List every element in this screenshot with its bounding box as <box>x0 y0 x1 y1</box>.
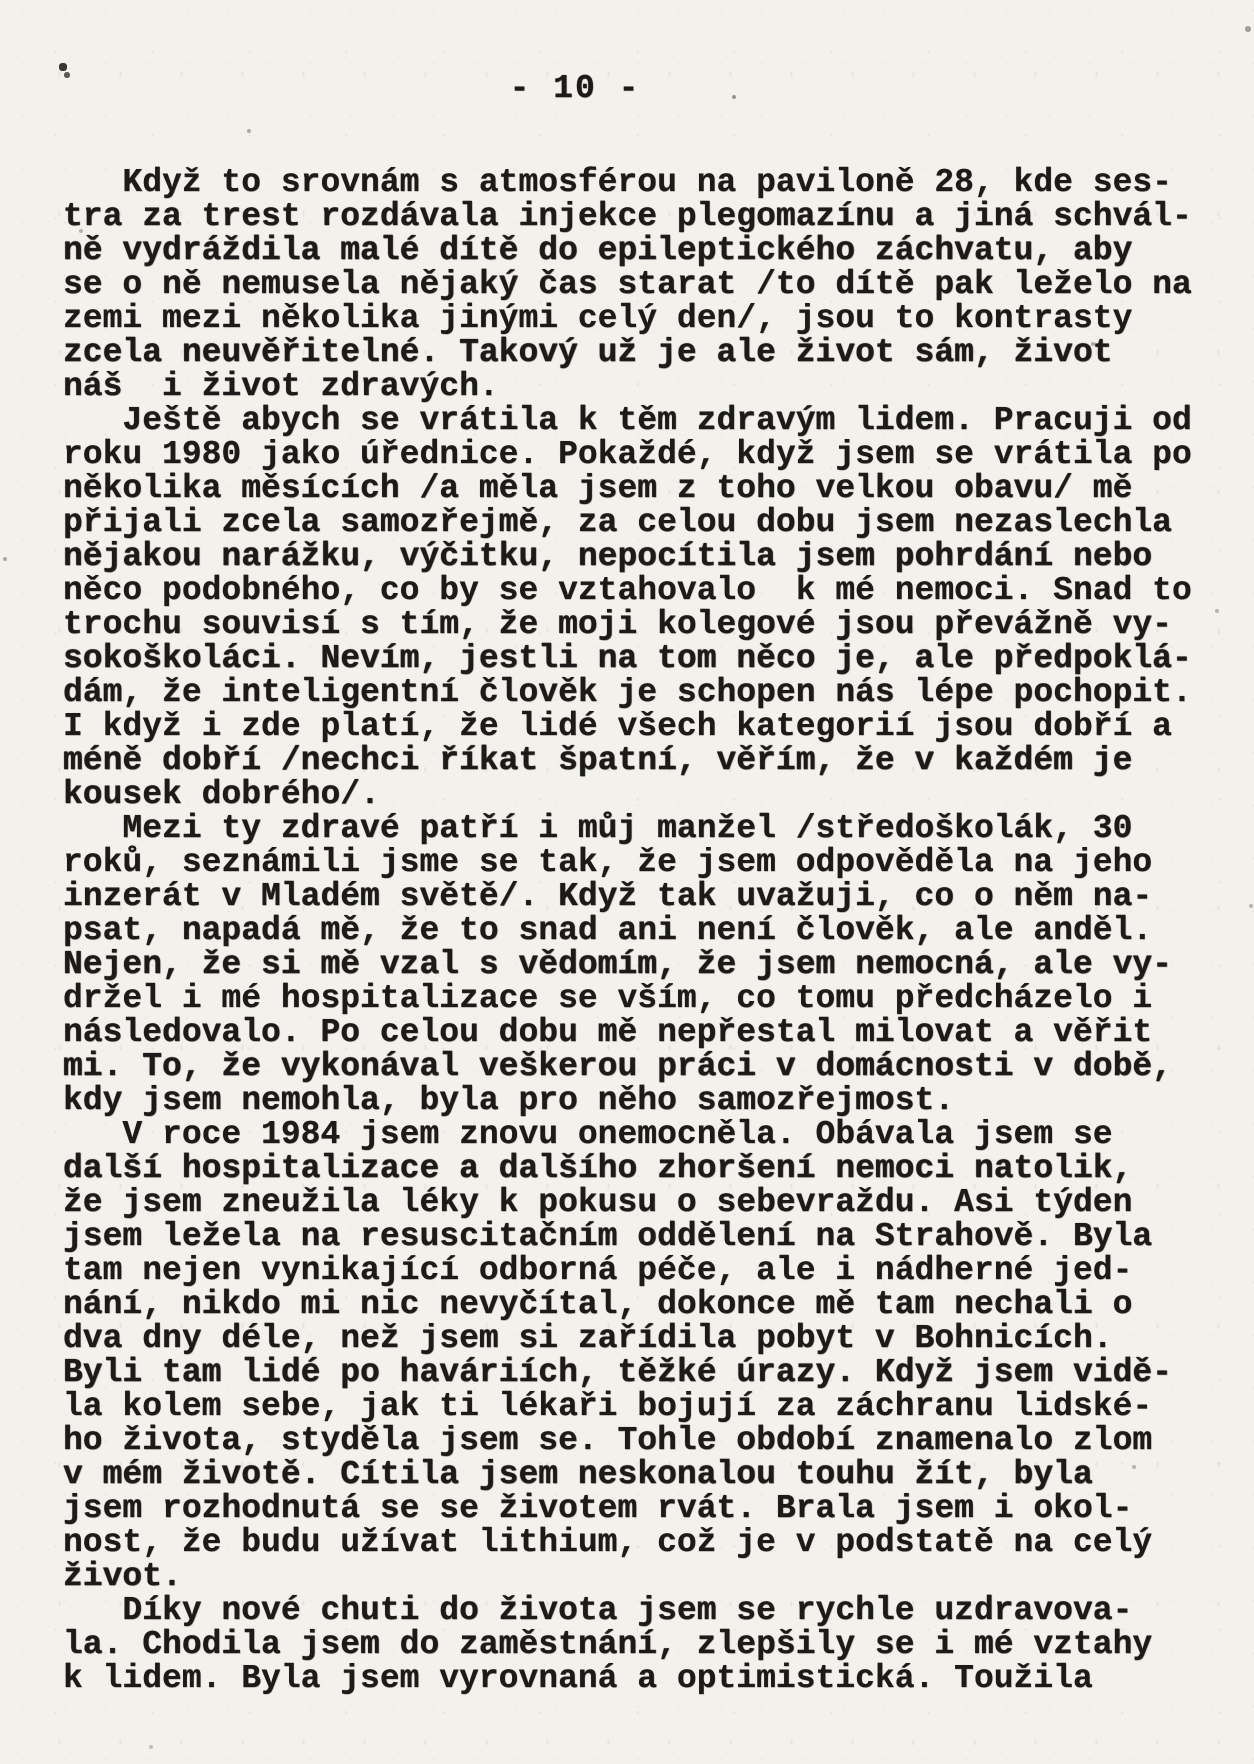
text-line: život. <box>63 1560 1223 1594</box>
text-line: následovalo. Po celou dobu mě nepřestal … <box>63 1016 1223 1050</box>
text-line: několika měsících /a měla jsem z toho ve… <box>63 472 1223 506</box>
text-line: přijali zcela samozřejmě, za celou dobu … <box>63 506 1223 540</box>
text-line: nost, že budu užívat lithium, což je v p… <box>63 1526 1223 1560</box>
text-line: zcela neuvěřitelné. Takový už je ale živ… <box>63 336 1223 370</box>
text-line: držel i mé hospitalizace se vším, co tom… <box>63 982 1223 1016</box>
text-line: psat, napadá mě, že to snad ani není člo… <box>63 914 1223 948</box>
text-line: v mém životě. Cítila jsem neskonalou tou… <box>63 1458 1223 1492</box>
text-line: méně dobří /nechci říkat špatní, věřím, … <box>63 744 1223 778</box>
text-line: něco podobného, co by se vztahovalo k mé… <box>63 574 1223 608</box>
text-line: Mezi ty zdravé patří i můj manžel /střed… <box>63 812 1223 846</box>
text-line: k lidem. Byla jsem vyrovnaná a optimisti… <box>63 1662 1223 1696</box>
text-line: la kolem sebe, jak ti lékaři bojují za z… <box>63 1390 1223 1424</box>
text-line: Když to srovnám s atmosférou na paviloně… <box>63 166 1223 200</box>
text-line: dva dny déle, než jsem si zařídila pobyt… <box>63 1322 1223 1356</box>
text-line: zemi mezi několika jinými celý den/, jso… <box>63 302 1223 336</box>
text-line: kdy jsem nemohla, byla pro něho samozřej… <box>63 1084 1223 1118</box>
text-line: dám, že inteligentní člověk je schopen n… <box>63 676 1223 710</box>
typewritten-text: Když to srovnám s atmosférou na paviloně… <box>63 166 1223 1696</box>
text-line: ně vydráždila malé dítě do epileptického… <box>63 234 1223 268</box>
text-line: sokoškoláci. Nevím, jestli na tom něco j… <box>63 642 1223 676</box>
text-line: Díky nové chuti do života jsem se rychle… <box>63 1594 1223 1628</box>
text-line: kousek dobrého/. <box>63 778 1223 812</box>
text-line: tam nejen vynikající odborná péče, ale i… <box>63 1254 1223 1288</box>
text-line: I když i zde platí, že lidé všech katego… <box>63 710 1223 744</box>
text-line: jsem rozhodnutá se se životem rvát. Bral… <box>63 1492 1223 1526</box>
text-line: V roce 1984 jsem znovu onemocněla. Obáva… <box>63 1118 1223 1152</box>
text-line: mi. To, že vykonával veškerou práci v do… <box>63 1050 1223 1084</box>
text-line: že jsem zneužila léky k pokusu o sebevra… <box>63 1186 1223 1220</box>
text-line: náš i život zdravých. <box>63 370 1223 404</box>
text-line: další hospitalizace a dalšího zhoršení n… <box>63 1152 1223 1186</box>
text-line: inzerát v Mladém světě/. Když tak uvažuj… <box>63 880 1223 914</box>
text-line: nání, nikdo mi nic nevyčítal, dokonce mě… <box>63 1288 1223 1322</box>
text-line: Nejen, že si mě vzal s vědomím, že jsem … <box>63 948 1223 982</box>
text-line: jsem ležela na resuscitačním oddělení na… <box>63 1220 1223 1254</box>
text-line: Byli tam lidé po haváriích, těžké úrazy.… <box>63 1356 1223 1390</box>
text-line: nějakou narážku, výčitku, nepocítila jse… <box>63 540 1223 574</box>
page-number: - 10 - <box>0 70 1150 107</box>
text-line: trochu souvisí s tím, že moji kolegové j… <box>63 608 1223 642</box>
scanned-document-page: - 10 - Když to srovnám s atmosférou na p… <box>0 0 1254 1764</box>
text-line: la. Chodila jsem do zaměstnání, zlepšily… <box>63 1628 1223 1662</box>
text-line: Ještě abych se vrátila k těm zdravým lid… <box>63 404 1223 438</box>
text-line: tra za trest rozdávala injekce plegomazí… <box>63 200 1223 234</box>
text-line: roku 1980 jako úřednice. Pokaždé, když j… <box>63 438 1223 472</box>
text-line: roků, seznámili jsme se tak, že jsem odp… <box>63 846 1223 880</box>
text-line: se o ně nemusela nějaký čas starat /to d… <box>63 268 1223 302</box>
scan-noise-specks <box>0 0 2 2</box>
text-line: ho života, styděla jsem se. Tohle období… <box>63 1424 1223 1458</box>
